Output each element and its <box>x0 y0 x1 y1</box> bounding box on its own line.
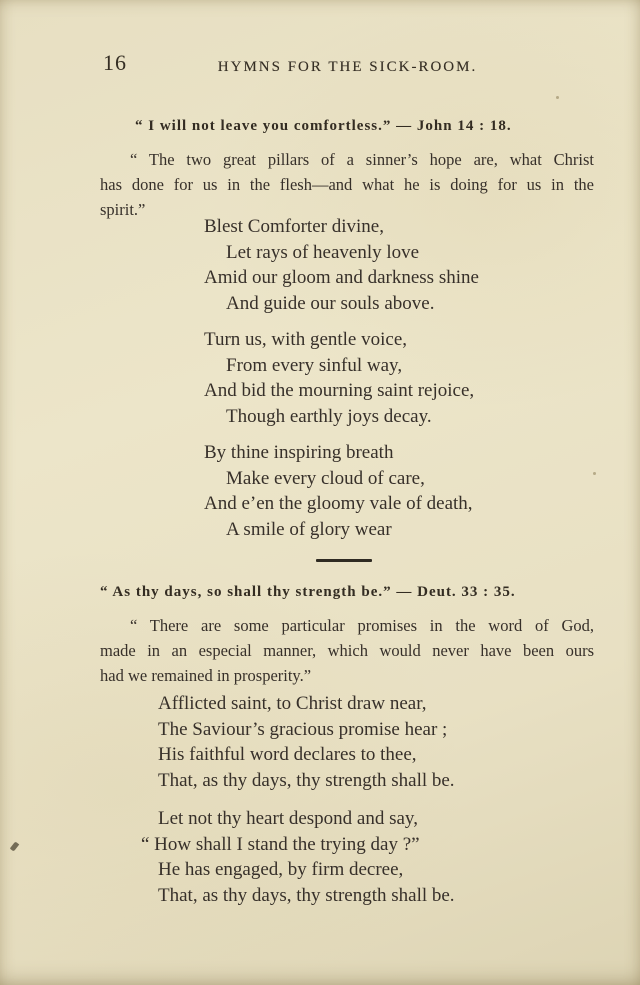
prose-quote-2: “ There are some particular promises in … <box>100 613 594 688</box>
scanned-book-page: 16 HYMNS FOR THE SICK-ROOM. “ I will not… <box>0 0 640 985</box>
hymn-line: Amid our gloom and darkness shine <box>204 265 479 291</box>
hymn-line: A smile of glory wear <box>226 517 479 543</box>
hymn-line: And guide our souls above. <box>226 291 479 317</box>
hymn-line: That, as thy days, thy strength shall be… <box>158 883 455 909</box>
hymn-line: Though earthly joys decay. <box>226 404 479 430</box>
prose-quote-2-line: had we remained in prosperity.” <box>100 663 594 688</box>
prose-quote-2-line: “ There are some particular promises in … <box>100 613 594 638</box>
hymn-2-stanza-1: Afflicted saint, to Christ draw near, Th… <box>158 691 455 793</box>
hymn-line: Afflicted saint, to Christ draw near, <box>158 691 455 717</box>
hymn-line: Make every cloud of care, <box>226 466 479 492</box>
running-header: HYMNS FOR THE SICK-ROOM. <box>55 59 640 76</box>
hymn-1-stanza-1: Blest Comforter divine, Let rays of heav… <box>204 214 479 316</box>
section-divider-rule <box>316 559 372 562</box>
hymn-line: Blest Comforter divine, <box>204 214 479 240</box>
hymn-line: He has engaged, by firm decree, <box>158 857 455 883</box>
hymn-2-stanza-2: Let not thy heart despond and say, “ How… <box>158 806 455 908</box>
hymn-line: From every sinful way, <box>226 353 479 379</box>
hymn-2: Afflicted saint, to Christ draw near, Th… <box>158 691 455 921</box>
paper-blemish <box>556 96 559 99</box>
hymn-line: And e’en the gloomy vale of death, <box>204 491 479 517</box>
prose-quote-2-line: made in an especial manner, which would … <box>100 638 594 663</box>
scripture-reference-2: “ As thy days, so shall thy strength be.… <box>100 584 516 601</box>
scripture-reference-1: “ I will not leave you comfortless.” — J… <box>135 118 512 135</box>
hymn-line: Turn us, with gentle voice, <box>204 327 479 353</box>
prose-quote-1-line: has done for us in the flesh—and what he… <box>100 172 594 197</box>
paper-blemish <box>593 472 596 475</box>
hymn-line: Let rays of heavenly love <box>226 240 479 266</box>
hymn-line: “ How shall I stand the trying day ?” <box>141 832 455 858</box>
hymn-line: And bid the mourning saint rejoice, <box>204 378 479 404</box>
hymn-line: His faithful word declares to thee, <box>158 742 455 768</box>
hymn-1-stanza-2: Turn us, with gentle voice, From every s… <box>204 327 479 429</box>
hymn-line: That, as thy days, thy strength shall be… <box>158 768 455 794</box>
prose-quote-1: “ The two great pillars of a sinner’s ho… <box>100 147 594 222</box>
ink-speck <box>10 841 19 851</box>
hymn-1-stanza-3: By thine inspiring breath Make every clo… <box>204 440 479 542</box>
prose-quote-1-line: “ The two great pillars of a sinner’s ho… <box>100 147 594 172</box>
hymn-line: The Saviour’s gracious promise hear ; <box>158 717 455 743</box>
hymn-1: Blest Comforter divine, Let rays of heav… <box>204 214 479 553</box>
hymn-line: By thine inspiring breath <box>204 440 479 466</box>
hymn-line: Let not thy heart despond and say, <box>158 806 455 832</box>
